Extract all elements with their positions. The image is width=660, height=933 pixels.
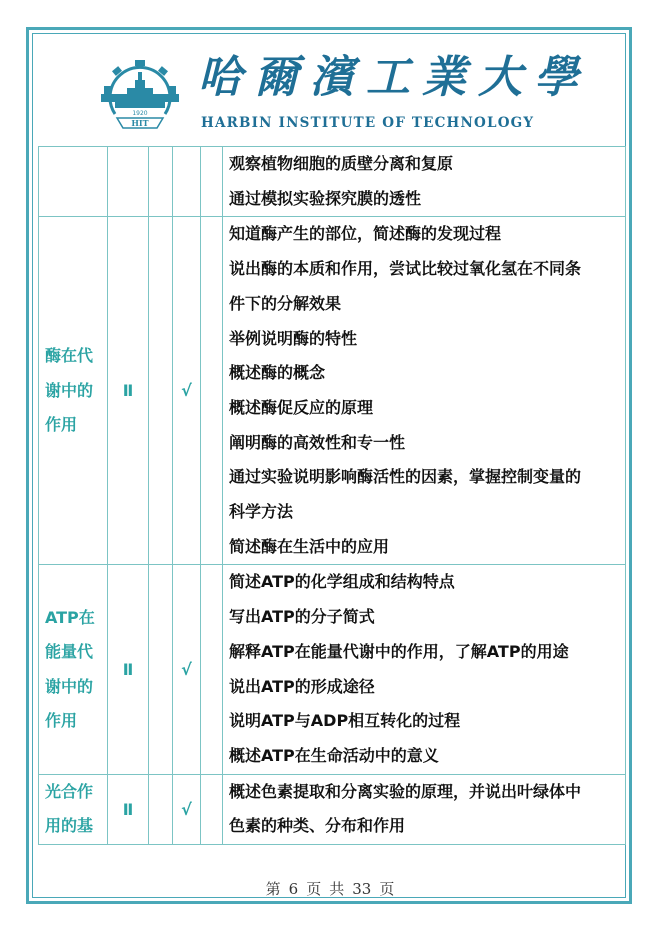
topic-cell: 光合作 用的基 <box>39 774 108 844</box>
table-row: 酶在代 谢中的 作用 Ⅱ √ 知道酶产生的部位，简述酶的发现过程 说出酶的本质和… <box>39 217 626 565</box>
topic-cell <box>39 147 108 217</box>
list-item: 观察植物细胞的质壁分离和复原 <box>229 147 625 182</box>
list-item: 说明ATP与ADP相互转化的过程 <box>229 704 625 739</box>
list-item: 概述色素提取和分离实验的原理，并说出叶绿体中 <box>229 775 625 810</box>
empty-cell <box>201 147 223 217</box>
list-item: 写出ATP的分子简式 <box>229 600 625 635</box>
items-cell: 观察植物细胞的质壁分离和复原 通过模拟实验探究膜的透性 <box>223 147 626 217</box>
list-item: 简述ATP的化学组成和结构特点 <box>229 565 625 600</box>
empty-cell <box>201 217 223 565</box>
list-item: 阐明酶的高效性和专一性 <box>229 426 625 461</box>
list-item: 说出ATP的形成途径 <box>229 670 625 705</box>
check-cell: √ <box>173 774 201 844</box>
level-cell: Ⅱ <box>108 217 149 565</box>
list-item: 科学方法 <box>229 495 625 530</box>
curriculum-table: 观察植物细胞的质壁分离和复原 通过模拟实验探究膜的透性 酶在代 谢中的 作用 Ⅱ… <box>38 146 626 845</box>
university-name-cn: 哈爾濱工業大學 <box>198 48 590 108</box>
check-cell: √ <box>173 565 201 774</box>
list-item: 简述酶在生活中的应用 <box>229 530 625 565</box>
empty-cell <box>149 565 173 774</box>
university-name-en: HARBIN INSTITUTE OF TECHNOLOGY <box>201 115 534 131</box>
empty-cell <box>149 774 173 844</box>
table-row: ATP在 能量代 谢中的 作用 Ⅱ √ 简述ATP的化学组成和结构特点 写出AT… <box>39 565 626 774</box>
level-cell <box>108 147 149 217</box>
empty-cell <box>149 217 173 565</box>
items-cell: 知道酶产生的部位，简述酶的发现过程 说出酶的本质和作用，尝试比较过氧化氢在不同条… <box>223 217 626 565</box>
page-header: 1920 HIT 哈爾濱工業大學 HARBIN INSTITUTE OF TEC… <box>95 48 565 138</box>
list-item: 知道酶产生的部位，简述酶的发现过程 <box>229 217 625 252</box>
empty-cell <box>149 147 173 217</box>
svg-text:HIT: HIT <box>131 118 148 128</box>
list-item: 概述ATP在生命活动中的意义 <box>229 739 625 774</box>
page-number: 第6页共33页 <box>0 878 660 899</box>
empty-cell <box>201 774 223 844</box>
current-page: 6 <box>289 880 299 898</box>
topic-cell: ATP在 能量代 谢中的 作用 <box>39 565 108 774</box>
list-item: 件下的分解效果 <box>229 287 625 322</box>
check-cell <box>173 147 201 217</box>
level-cell: Ⅱ <box>108 774 149 844</box>
check-cell: √ <box>173 217 201 565</box>
list-item: 解释ATP在能量代谢中的作用，了解ATP的用途 <box>229 635 625 670</box>
total-pages: 33 <box>352 880 371 898</box>
empty-cell <box>201 565 223 774</box>
list-item: 通过模拟实验探究膜的透性 <box>229 182 625 217</box>
topic-cell: 酶在代 谢中的 作用 <box>39 217 108 565</box>
list-item: 概述酶促反应的原理 <box>229 391 625 426</box>
table-row: 观察植物细胞的质壁分离和复原 通过模拟实验探究膜的透性 <box>39 147 626 217</box>
list-item: 色素的种类、分布和作用 <box>229 809 625 844</box>
items-cell: 简述ATP的化学组成和结构特点 写出ATP的分子简式 解释ATP在能量代谢中的作… <box>223 565 626 774</box>
svg-text:1920: 1920 <box>132 110 147 117</box>
list-item: 举例说明酶的特性 <box>229 322 625 357</box>
items-cell: 概述色素提取和分离实验的原理，并说出叶绿体中 色素的种类、分布和作用 <box>223 774 626 844</box>
list-item: 概述酶的概念 <box>229 356 625 391</box>
hit-emblem-icon: 1920 HIT <box>95 54 185 134</box>
table-row: 光合作 用的基 Ⅱ √ 概述色素提取和分离实验的原理，并说出叶绿体中 色素的种类… <box>39 774 626 844</box>
list-item: 说出酶的本质和作用，尝试比较过氧化氢在不同条 <box>229 252 625 287</box>
level-cell: Ⅱ <box>108 565 149 774</box>
list-item: 通过实验说明影响酶活性的因素，掌握控制变量的 <box>229 460 625 495</box>
